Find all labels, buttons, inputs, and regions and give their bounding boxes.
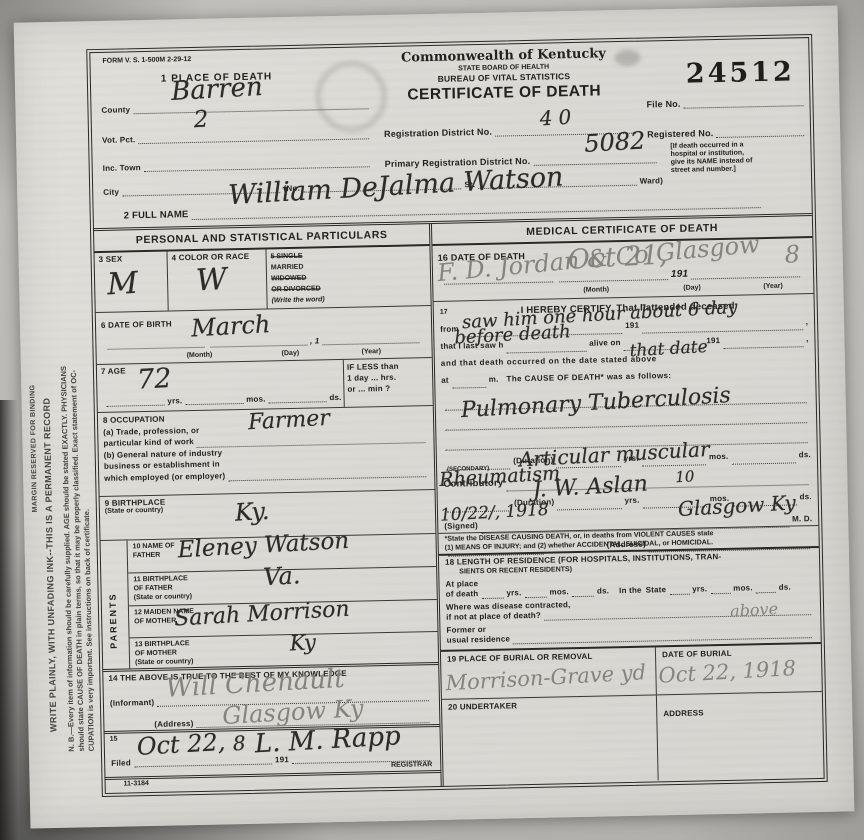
undertaker-cell: 20 UNDERTAKER (442, 695, 659, 784)
undertaker-row: 20 UNDERTAKER ADDRESS F. D. Jordan & Co … (442, 692, 824, 785)
m-label: m. (489, 371, 499, 388)
marital-note: (Write the word) (271, 292, 426, 306)
margin-note-binding: MARGIN RESERVED FOR BINDING (27, 292, 39, 512)
inc-town-label: Inc. Town (103, 163, 141, 173)
registrar-label: REGISTRAR (391, 761, 432, 769)
mother-birthplace-row: 13 BIRTHPLACE OF MOTHER (State or countr… (130, 632, 439, 668)
mother-birthplace-value-handwriting: Ky (289, 638, 316, 648)
age-yrs-line (107, 396, 165, 407)
certification-block: 17 I HEREBY CERTIFY, That I attended dec… (434, 294, 819, 534)
marital-cell: 5 SINGLE MARRIED WIDOWED OR DIVORCED (Wr… (266, 246, 430, 308)
age-ds-line (269, 392, 327, 403)
city-label: City (103, 188, 119, 197)
in-the-label: In the (619, 586, 642, 596)
res-mos-line (524, 588, 546, 598)
age-cell: 7 AGE yrs. mos. ds. 72 (97, 360, 345, 412)
state-ds-line (756, 583, 776, 593)
duration-ds-line (731, 453, 795, 464)
last-saw-year-printed: 191 (706, 332, 720, 349)
form-code: 11-3184 (124, 780, 149, 788)
sex-cell: 3 SEX M (94, 252, 168, 313)
undertaker-label: 20 UNDERTAKER (448, 699, 650, 712)
certificate-title: CERTIFICATE OF DEATH (379, 82, 629, 105)
certificate-stamp-number: 24512 (686, 56, 796, 89)
duration-ds-label: ds. (799, 446, 812, 463)
vot-pct-line (138, 129, 369, 144)
occupation-b-line (228, 467, 426, 481)
parents-label: PARENTS (107, 563, 119, 649)
burial-date-value-handwriting: Oct 22, 1918 (658, 656, 797, 688)
dod-line-year (691, 267, 800, 279)
county-value-handwriting: Barren (170, 72, 263, 107)
last-saw-line3 (723, 337, 803, 349)
attended-handwriting-2: before death (454, 323, 571, 346)
header-section: FORM V. S. 1-500M 2-29-12 1 PLACE OF DEA… (90, 38, 812, 231)
undertaker-address-cell: ADDRESS (657, 692, 824, 780)
age-row: 7 AGE yrs. mos. ds. 72 IF LESS than 1 da… (97, 358, 433, 413)
birthplace-value-handwriting: Ky. (234, 497, 270, 527)
dob-day-caption: (Day) (282, 350, 300, 357)
full-name-row: 2 FULL NAME (124, 197, 764, 221)
inc-town-line (144, 157, 370, 172)
registered-no-row: Registered No. (647, 126, 807, 139)
state-ds-label: ds. (779, 583, 791, 593)
certificate-body: FORM V. S. 1-500M 2-29-12 1 PLACE OF DEA… (86, 34, 828, 797)
county-label: County (101, 105, 130, 115)
scan-shadow-left (0, 400, 18, 840)
burial-date-cell: DATE OF BURIAL Oct 22, 1918 (656, 644, 822, 694)
registered-no-label: Registered No. (647, 128, 714, 139)
last-date-handwriting: that date (629, 339, 708, 360)
informant-label: (Informant) (110, 698, 155, 708)
vot-pct-value-handwriting: 2 (193, 106, 209, 133)
mother-name-value-handwriting: Sarah Morrison (174, 605, 350, 624)
age-less-line3: or ... min ? (347, 382, 429, 395)
state-yrs-label: yrs. (692, 584, 707, 594)
contracted-value-handwriting: above (730, 604, 778, 617)
state-mos-label: mos. (733, 583, 753, 593)
physician-address-handwriting: Glasgow Ky (678, 494, 797, 518)
form-number: FORM V. S. 1-500M 2-29-12 (102, 56, 191, 65)
filed-year-digit-handwriting: 8 (232, 731, 246, 756)
medical-section: MEDICAL CERTIFICATE OF DEATH 16 DATE OF … (432, 216, 824, 787)
state-yrs-line (669, 585, 689, 595)
dob-line-month (107, 338, 204, 350)
at-place-label2: of death (446, 589, 479, 600)
contracted-label2: if not at place of death? (446, 611, 541, 623)
dob-value-handwriting: March (190, 310, 271, 342)
personal-section: PERSONAL AND STATISTICAL PARTICULARS 3 S… (94, 224, 444, 794)
dob-year-caption: (Year) (362, 348, 382, 355)
contributory-ds-label: ds. (799, 488, 812, 505)
filed-label: Filed (111, 758, 131, 767)
certificate-paper: MARGIN RESERVED FOR BINDING WRITE PLAINL… (14, 5, 855, 828)
occupation-row: 8 OCCUPATION (a) Trade, profession, or p… (98, 406, 435, 497)
dod-year-caption: (Year) (763, 283, 783, 290)
hospital-note: [If death occurred in a hospital or inst… (670, 140, 813, 175)
res-mos-label: mos. (549, 587, 569, 597)
duration-mos-label: mos. (709, 448, 729, 465)
former-label2: usual residence (447, 634, 511, 645)
dob-line-year (322, 333, 419, 345)
state-label: State (646, 585, 667, 595)
vot-pct-row: Vot. Pct. (102, 129, 372, 145)
file-no-label: File No. (646, 99, 680, 110)
occupation-value-handwriting: Farmer (248, 413, 330, 429)
registration-district-label: Registration District No. (384, 127, 492, 139)
age-yrs-label: yrs. (167, 396, 182, 405)
date-of-birth-row: 6 DATE OF BIRTH , 1 (Month) (Day) (Year)… (96, 306, 432, 365)
dod-day-caption: (Day) (683, 284, 701, 291)
filed-block: 15 Filed 191 Oct 22, 8 L. M. Rapp REGIST… (105, 727, 441, 780)
at-line (452, 378, 486, 389)
residence-block: 18 LENGTH OF RESIDENCE (FOR HOSPITALS, I… (439, 548, 821, 652)
inc-town-row: Inc. Town (103, 157, 373, 173)
file-no-line (683, 96, 803, 109)
undertaker-address-label: ADDRESS (663, 706, 816, 718)
color-race-cell: 4 COLOR OR RACE W (167, 249, 267, 310)
dob-label: 6 DATE OF BIRTH (101, 319, 172, 329)
res-yrs-label: yrs. (506, 588, 521, 598)
registration-district-value-handwriting: 40 (539, 104, 578, 130)
age-value-handwriting: 72 (136, 363, 172, 396)
age-ds-label: ds. (329, 393, 341, 402)
color-race-label: 4 COLOR OR RACE (172, 252, 250, 263)
file-no-row: File No. (646, 96, 806, 109)
res-ds-line (572, 587, 594, 597)
age-mos-line (185, 394, 243, 405)
occupation-b3: which employed (or employer) (104, 470, 225, 484)
from-comma: , (805, 313, 808, 330)
full-name-label: 2 FULL NAME (124, 209, 189, 221)
color-race-value-handwriting: W (195, 262, 228, 299)
sex-value-handwriting: M (106, 266, 139, 303)
cause-label: The CAUSE OF DEATH* was as follows: (506, 367, 671, 387)
registered-no-line (716, 126, 804, 138)
burial-row: 19 PLACE OF BURIAL OR REMOVAL Morrison-G… (441, 644, 822, 700)
res-ds-label: ds. (597, 586, 609, 596)
dod-month-caption: (Month) (583, 286, 609, 294)
scanned-photo: MARGIN RESERVED FOR BINDING WRITE PLAINL… (0, 0, 864, 840)
burial-place-value-handwriting: Morrison-Grave yd (445, 660, 647, 695)
sex-label: 3 SEX (99, 254, 123, 263)
hospital-note-line4: street and number.] (671, 164, 813, 175)
dod-year-digit-handwriting: 8 (784, 240, 801, 269)
parents-block: PARENTS 10 NAME OF FATHER Eleney Watson … (101, 534, 439, 672)
ward-label: Ward) (640, 176, 664, 185)
last-saw-comma: , (806, 330, 809, 347)
informant-address-label: (Address) (154, 719, 193, 729)
dob-day-printed: , 1 (310, 336, 320, 345)
dod-year-printed: 191 (671, 269, 689, 280)
state-mos-line (710, 584, 730, 594)
father-birthplace-value-handwriting: Va. (263, 571, 301, 582)
alive-on-label: alive on (589, 334, 621, 352)
filed-date-handwriting: Oct 22, (136, 728, 226, 761)
vot-pct-label: Vot. Pct. (102, 135, 135, 145)
contributory-mos-handwriting: 10 (675, 468, 695, 486)
res-yrs-line (481, 589, 503, 599)
dob-month-caption: (Month) (187, 352, 213, 360)
age-mos-label: mos. (246, 395, 266, 404)
age-less-cell: IF LESS than 1 day ... hrs. or ... min ? (344, 358, 433, 407)
primary-district-value-handwriting: 5082 (584, 126, 647, 157)
burial-place-cell: 19 PLACE OF BURIAL OR REMOVAL Morrison-G… (441, 647, 657, 698)
agency-block: Commonwealth of Kentucky STATE BOARD OF … (378, 46, 629, 105)
sex-race-marital-row: 3 SEX M 4 COLOR OR RACE W 5 SINGLE MARRI… (94, 246, 430, 313)
age-label: 7 AGE (101, 366, 126, 376)
father-name-value-handwriting: Eleney Watson (178, 537, 350, 556)
at-label: at (441, 372, 449, 389)
physician-signature-handwriting: J. W. Aslan (532, 476, 648, 499)
